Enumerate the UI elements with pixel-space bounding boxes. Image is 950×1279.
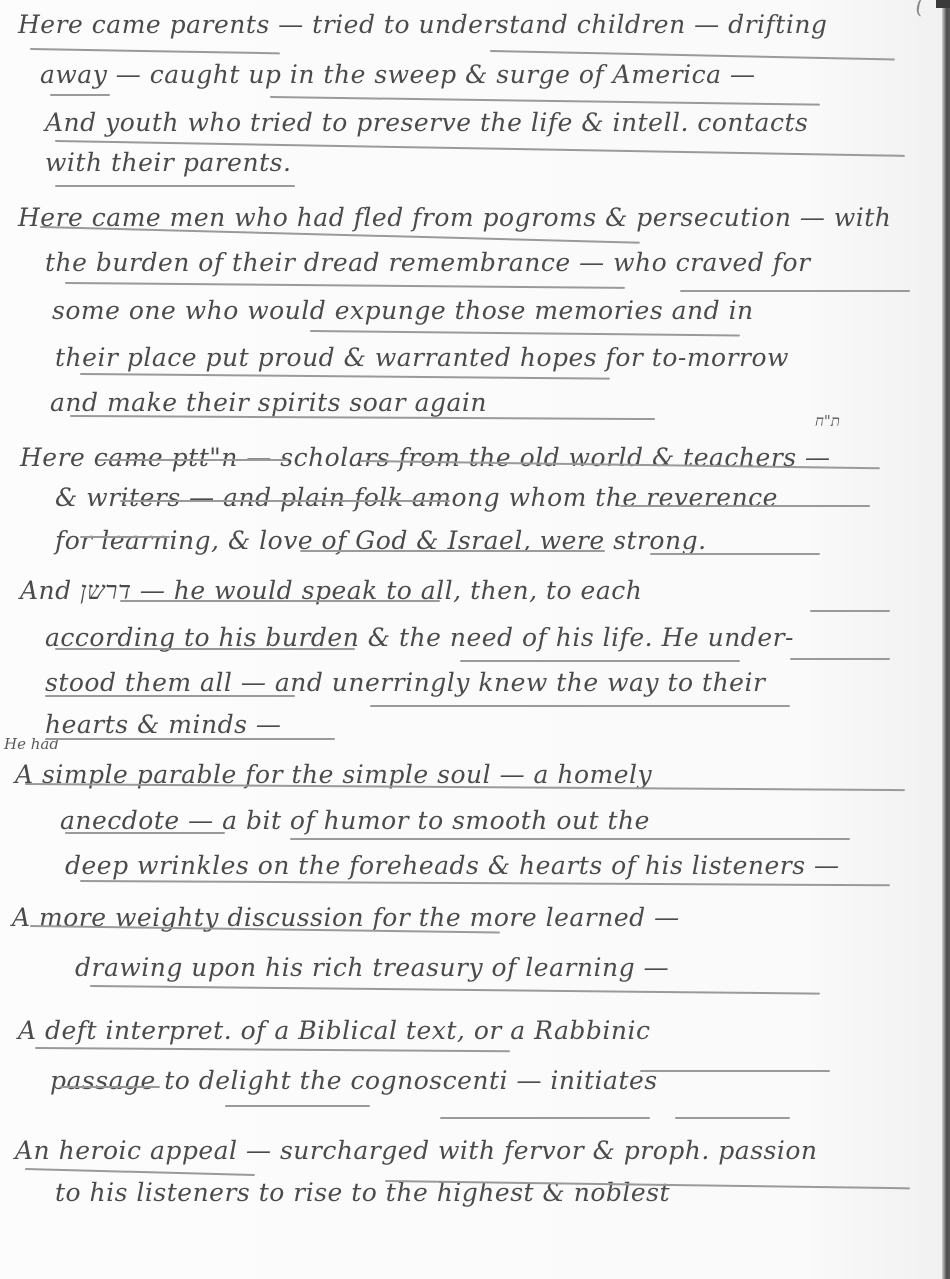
manuscript-line: stood them all — and unerringly knew the…	[45, 670, 765, 695]
manuscript-line: hearts & minds —	[45, 712, 281, 737]
manuscript-line: and make their spirits soar again	[50, 390, 487, 415]
manuscript-line: Here came men who had fled from pogroms …	[18, 205, 891, 230]
manuscript-line: anecdote — a bit of humor to smooth out …	[60, 808, 650, 833]
manuscript-line: And youth who tried to preserve the life…	[45, 110, 808, 135]
scanner-edge	[942, 0, 950, 1279]
manuscript-line: A deft interpret. of a Biblical text, or…	[18, 1018, 651, 1043]
manuscript-line: their place put proud & warranted hopes …	[55, 345, 789, 370]
manuscript-page: ( Here came parents — tried to understan…	[0, 0, 942, 1279]
manuscript-line: An heroic appeal — surcharged with fervo…	[15, 1138, 818, 1163]
manuscript-line: deep wrinkles on the foreheads & hearts …	[65, 853, 840, 878]
manuscript-line: the burden of their dread remembrance — …	[45, 250, 811, 275]
manuscript-line: passage to delight the cognoscenti — ini…	[50, 1068, 658, 1093]
manuscript-line: drawing upon his rich treasury of learni…	[75, 955, 669, 980]
page-number-mark: (	[915, 0, 924, 19]
manuscript-line: with their parents.	[45, 150, 291, 175]
manuscript-line: according to his burden & the need of hi…	[45, 625, 794, 650]
manuscript-line: some one who would expunge those memorie…	[52, 298, 754, 323]
manuscript-line: away — caught up in the sweep & surge of…	[40, 62, 756, 87]
superscript-note: ת"ח	[815, 412, 840, 431]
scanner-corner	[936, 0, 950, 8]
manuscript-line: Here came parents — tried to understand …	[18, 12, 827, 37]
